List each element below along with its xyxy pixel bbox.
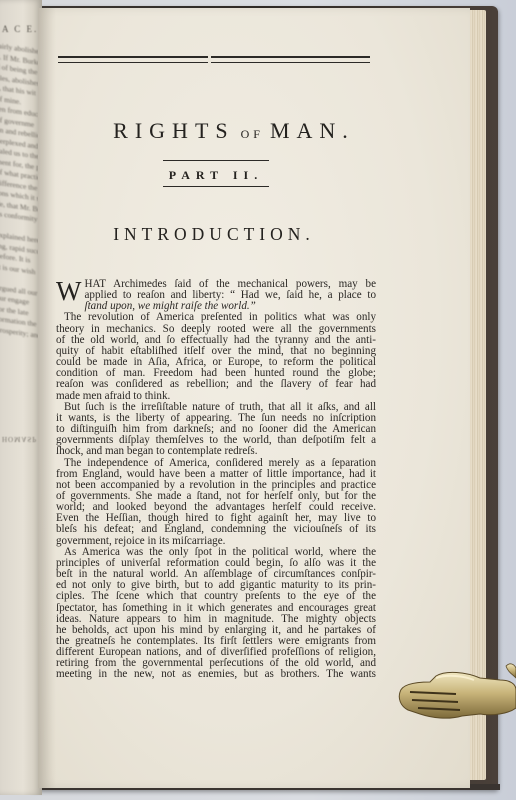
left-facing-page: A C E. fairly abolished the e. If Mr. Bu… xyxy=(0,0,42,795)
left-running-head: A C E. xyxy=(2,24,38,34)
paragraph-4: The independence of America, conſidered … xyxy=(56,458,376,547)
text-line: ciples. The ſcene which that country pre… xyxy=(56,591,376,602)
book-title: RIGHTSOFMAN. xyxy=(38,118,430,144)
title-word-man: MAN. xyxy=(270,118,355,143)
title-word-of: OF xyxy=(241,127,264,141)
text-line: The independence of America, conſidered … xyxy=(56,458,376,469)
section-heading: INTRODUCTION. xyxy=(38,224,390,245)
paragraph-1: W HAT Archimedes ſaid of the mechanical … xyxy=(56,279,376,312)
paragraph-5: As America was the only ſpot in the poli… xyxy=(56,547,376,681)
part-heading: PART II. xyxy=(38,168,394,183)
paragraph-2: The revolution of America preſented in p… xyxy=(56,312,376,401)
header-rule-thin xyxy=(58,62,370,63)
part-rule-bottom xyxy=(163,186,269,187)
text-line: bleſs his defeat; and England, condemnin… xyxy=(56,524,376,535)
title-word-rights: RIGHTS xyxy=(113,118,234,143)
text-line: meeting in the new, not as enemies, but … xyxy=(56,669,376,680)
paragraph-3: But ſuch is the irreſiſtable nature of t… xyxy=(56,402,376,458)
text-line: The revolution of America preſented in p… xyxy=(56,312,376,323)
left-page-text: fairly abolished the e. If Mr. Burke d o… xyxy=(0,41,42,341)
header-rule-thick xyxy=(58,56,370,58)
body-text: W HAT Archimedes ſaid of the mechanical … xyxy=(56,279,376,681)
brass-hand-page-holder-icon xyxy=(396,660,516,730)
text-line: ſpectator, has ſomething in it which gen… xyxy=(56,603,376,614)
left-catchword: HOMASP xyxy=(2,435,37,443)
text-line: ſhock, and man began to contemplate redr… xyxy=(56,446,376,457)
part-rule-top xyxy=(163,160,269,161)
text-line: reaſon was conſidered as rebellion; and … xyxy=(56,379,376,390)
drop-cap: W xyxy=(56,280,81,302)
